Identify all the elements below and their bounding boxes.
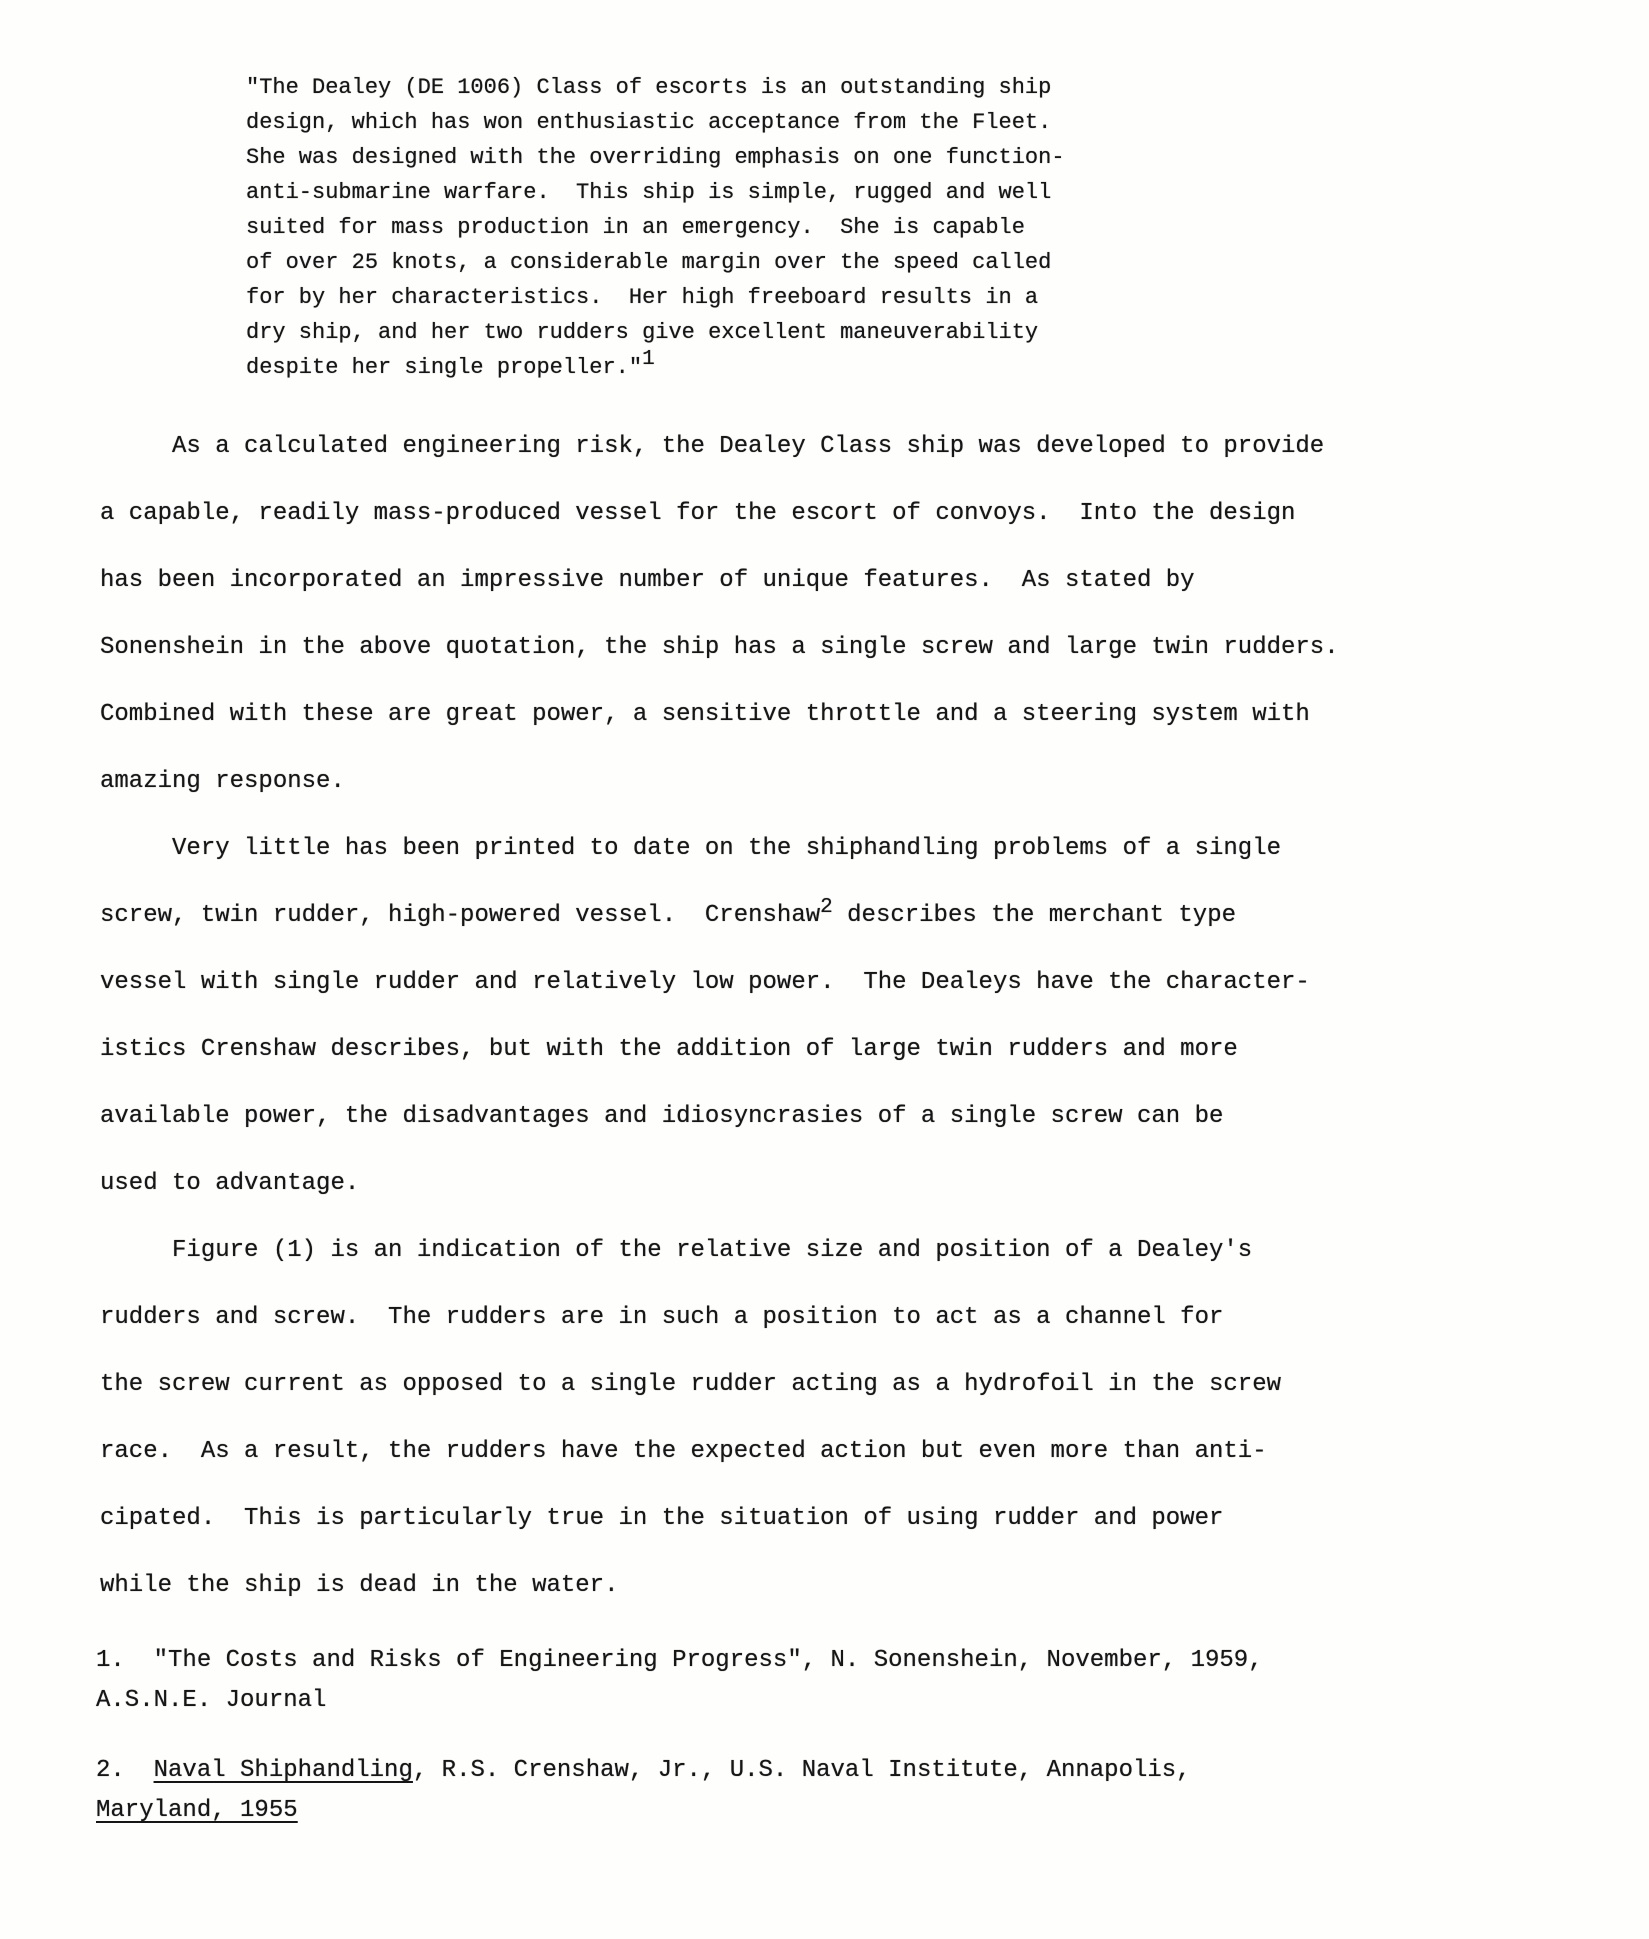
footnote-2: 2. Naval Shiphandling, R.S. Crenshaw, Jr… bbox=[96, 1751, 1396, 1831]
paragraph-3: Figure (1) is an indication of the relat… bbox=[100, 1217, 1390, 1619]
footnote-2-place-year: Maryland, 1955 bbox=[96, 1797, 298, 1824]
body-text: As a calculated engineering risk, the De… bbox=[100, 413, 1390, 1619]
footnote-2-authors: , R.S. Crenshaw, Jr., U.S. Naval Institu… bbox=[413, 1757, 1191, 1784]
footnote-ref-1: 1 bbox=[642, 348, 655, 371]
document-page: "The Dealey (DE 1006) Class of escorts i… bbox=[0, 0, 1649, 1939]
paragraph-1: As a calculated engineering risk, the De… bbox=[100, 413, 1390, 815]
paragraph-2: Very little has been printed to date on … bbox=[100, 815, 1390, 1217]
footnote-1: 1. "The Costs and Risks of Engineering P… bbox=[96, 1641, 1396, 1721]
footnote-ref-2: 2 bbox=[820, 896, 833, 919]
paragraph-2-text-b: describes the merchant type vessel with … bbox=[100, 902, 1310, 1197]
block-quote: "The Dealey (DE 1006) Class of escorts i… bbox=[246, 70, 1126, 385]
footnote-2-number: 2. bbox=[96, 1757, 154, 1784]
footnote-2-book-title: Naval Shiphandling bbox=[154, 1757, 413, 1784]
block-quote-text: "The Dealey (DE 1006) Class of escorts i… bbox=[246, 75, 1065, 380]
